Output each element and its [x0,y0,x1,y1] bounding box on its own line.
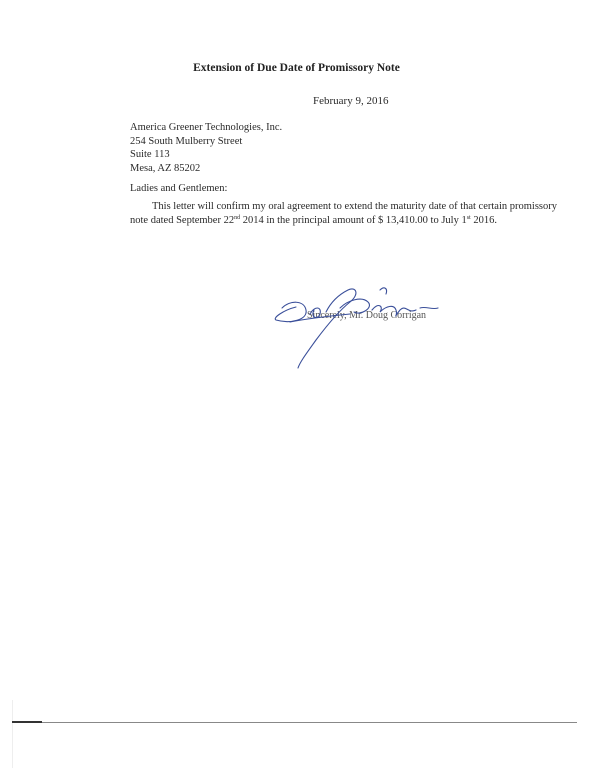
body-text: note dated September 22 [130,215,234,226]
body-text: 2016. [471,215,497,226]
page-edge [12,700,13,768]
body-line-2: note dated September 22nd 2014 in the pr… [130,215,497,226]
recipient-address: America Greener Technologies, Inc. 254 S… [130,121,282,175]
handwritten-signature-icon [270,280,460,375]
address-line-street: 254 South Mulberry Street [130,135,282,149]
scan-divider-line [12,722,577,723]
body-line-1: This letter will confirm my oral agreeme… [152,201,557,212]
document-title: Extension of Due Date of Promissory Note [0,62,593,74]
address-line-company: America Greener Technologies, Inc. [130,121,282,135]
body-text: 2014 in the principal amount of $ 13,410… [240,215,467,226]
letter-date: February 9, 2016 [313,95,388,107]
scan-divider-line-start [12,721,42,723]
salutation: Ladies and Gentlemen: [130,183,227,194]
address-line-suite: Suite 113 [130,148,282,162]
address-line-city: Mesa, AZ 85202 [130,162,282,176]
